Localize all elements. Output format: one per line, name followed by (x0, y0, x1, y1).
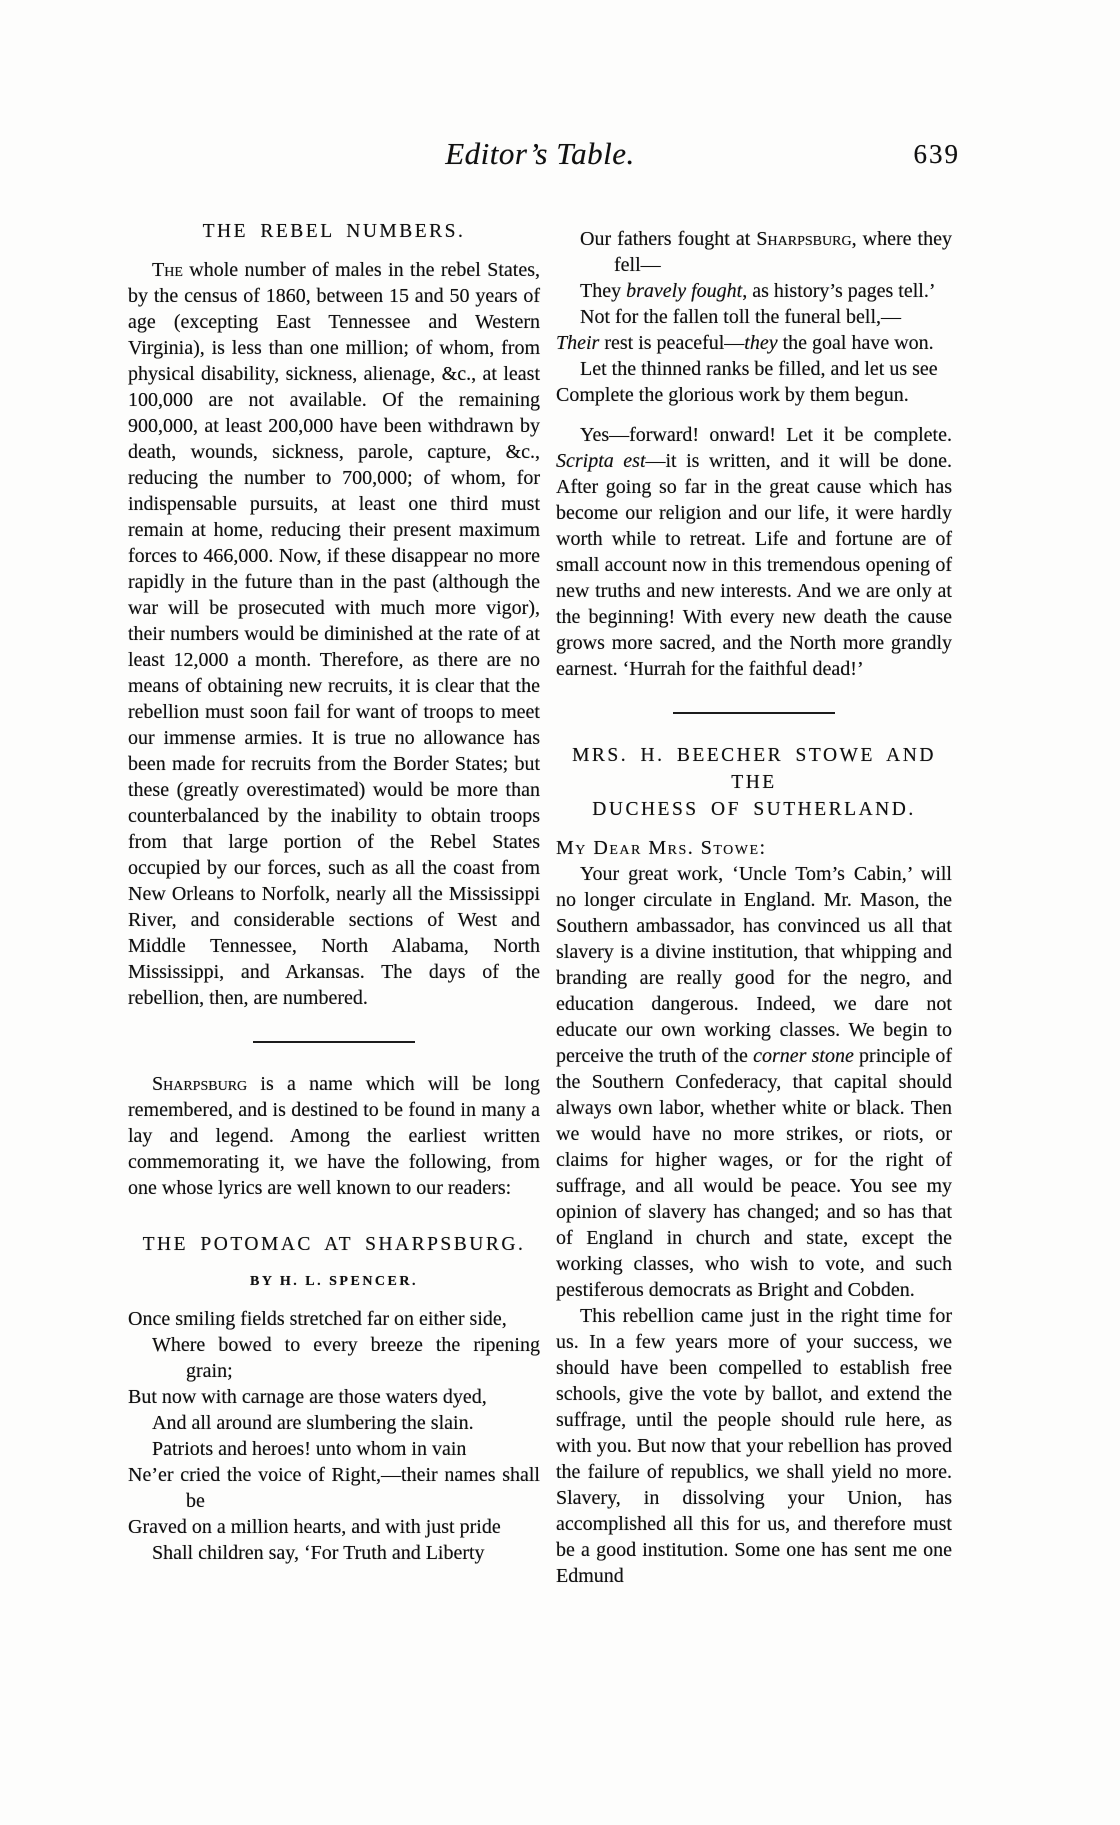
poem-line: Once smiling fields stretched far on eit… (128, 1306, 540, 1332)
smallcaps-text: Sharpsburg (152, 1073, 247, 1095)
heading-line: MRS. H. BEECHER STOWE AND THE (556, 742, 952, 796)
smallcaps-text: The (152, 259, 183, 281)
poem-line: Our fathers fought at Sharpsburg, where … (556, 226, 952, 278)
poem-title-block: THE POTOMAC AT SHARPSBURG. BY H. L. SPEN… (128, 1231, 540, 1290)
italic-text: bravely fought (626, 280, 742, 302)
text-run: Where bowed to every breeze the ripening… (152, 1334, 540, 1382)
poem-line: But now with carnage are those waters dy… (128, 1384, 540, 1410)
paragraph-rebellion-time: This rebellion came just in the right ti… (556, 1303, 952, 1589)
poem-line: They bravely fought, as history’s pages … (556, 278, 952, 304)
poem-left-part: Once smiling fields stretched far on eit… (128, 1306, 540, 1566)
text-run: Not for the fallen toll the funeral bell… (580, 306, 901, 328)
right-column: Our fathers fought at Sharpsburg, where … (556, 218, 952, 1589)
section-divider (673, 712, 835, 714)
text-run: rest is peaceful— (599, 332, 744, 354)
poem-line: Patriots and heroes! unto whom in vain (128, 1436, 540, 1462)
italic-text: they (744, 332, 777, 354)
poem-title: THE POTOMAC AT SHARPSBURG. (128, 1231, 540, 1258)
text-run: Your great work, ‘Uncle Tom’s Cabin,’ wi… (556, 863, 952, 1067)
italic-text: Their (556, 332, 599, 354)
section-divider (253, 1041, 415, 1043)
page-title: Editor’s Table. (128, 136, 952, 172)
poem-line: Shall children say, ‘For Truth and Liber… (128, 1540, 540, 1566)
text-run: Once smiling fields stretched far on eit… (128, 1308, 507, 1330)
paragraph-uncle-tom: Your great work, ‘Uncle Tom’s Cabin,’ wi… (556, 861, 952, 1303)
running-head: Editor’s Table. 639 (128, 136, 952, 176)
text-run: Shall children say, ‘For Truth and Liber… (152, 1542, 485, 1564)
text-run: Let the thinned ranks be filled, and let… (580, 358, 938, 380)
paragraph-rebel-numbers: The whole number of males in the rebel S… (128, 257, 540, 1011)
poem-line: Not for the fallen toll the funeral bell… (556, 304, 952, 330)
smallcaps-text: Sharpsburg (756, 228, 851, 250)
page-number: 639 (914, 139, 961, 170)
poem-line: Where bowed to every breeze the ripening… (128, 1332, 540, 1384)
text-run: Complete the glorious work by them begun… (556, 384, 909, 406)
section-heading-stowe: MRS. H. BEECHER STOWE AND THEDUCHESS OF … (556, 742, 952, 823)
text-run: Ne’er cried the voice of Right,—their na… (128, 1464, 540, 1512)
section-heading-rebel-numbers: THE REBEL NUMBERS. (128, 218, 540, 245)
text-run: Our fathers fought at (580, 228, 756, 250)
poem-line: Let the thinned ranks be filled, and let… (556, 356, 952, 382)
paragraph-sharpsburg: Sharpsburg is a name which will be long … (128, 1071, 540, 1201)
smallcaps-text: My Dear Mrs. Stowe (556, 837, 760, 859)
paragraph-yes-forward: Yes—forward! onward! Let it be complete.… (556, 422, 952, 682)
text-run: whole number of males in the rebel State… (128, 259, 540, 1009)
scanned-document-page: Editor’s Table. 639 THE REBEL NUMBERS. T… (0, 0, 1120, 1825)
heading-line: DUCHESS OF SUTHERLAND. (556, 796, 952, 823)
text-run: They (580, 280, 626, 302)
poem-line: Graved on a million hearts, and with jus… (128, 1514, 540, 1540)
left-column: THE REBEL NUMBERS. The whole number of m… (128, 218, 540, 1589)
poem-byline: BY H. L. SPENCER. (128, 1274, 540, 1290)
text-run: , as history’s pages tell.’ (742, 280, 935, 302)
text-run: the goal have won. (778, 332, 934, 354)
text-run: And all around are slumbering the slain. (152, 1412, 474, 1434)
text-run: This rebellion came just in the right ti… (556, 1305, 952, 1587)
two-column-text-block: THE REBEL NUMBERS. The whole number of m… (128, 218, 952, 1589)
poem-line: And all around are slumbering the slain. (128, 1410, 540, 1436)
poem-line: Their rest is peaceful—they the goal hav… (556, 330, 952, 356)
salutation-line: My Dear Mrs. Stowe: (556, 835, 952, 861)
text-run: principle of the Southern Confederacy, t… (556, 1045, 952, 1301)
italic-text: corner stone (753, 1045, 854, 1067)
italic-text: Scripta est (556, 450, 646, 472)
text-run: : (760, 837, 767, 859)
poem-right-part: Our fathers fought at Sharpsburg, where … (556, 226, 952, 408)
poem-line: Ne’er cried the voice of Right,—their na… (128, 1462, 540, 1514)
text-run: Graved on a million hearts, and with jus… (128, 1516, 501, 1538)
text-run: Patriots and heroes! unto whom in vain (152, 1438, 466, 1460)
text-run: But now with carnage are those waters dy… (128, 1386, 487, 1408)
text-run: Yes—forward! onward! Let it be complete. (580, 424, 952, 446)
text-run: —it is written, and it will be done. Aft… (556, 450, 952, 680)
poem-line: Complete the glorious work by them begun… (556, 382, 952, 408)
